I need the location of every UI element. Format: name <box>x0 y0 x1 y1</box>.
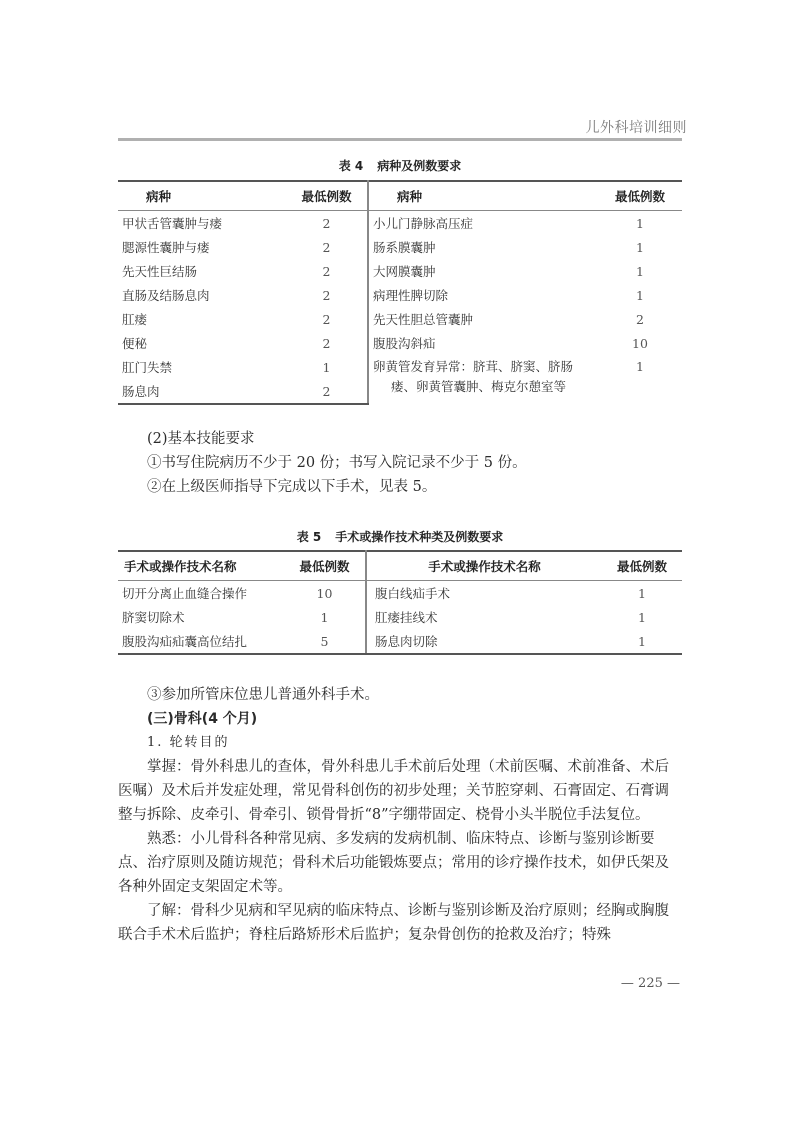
cell-count: 2 <box>286 259 368 283</box>
cell-count: 10 <box>284 581 366 606</box>
table5-caption-number: 表 5 <box>297 530 322 544</box>
cell-disease: 肛门失禁 <box>118 355 286 379</box>
cell-count: 1 <box>598 259 682 283</box>
table-row: 切开分离止血缝合操作 10 腹白线疝手术 1 <box>118 581 682 606</box>
cell-count: 1 <box>602 605 682 629</box>
cell-count: 2 <box>286 307 368 331</box>
cell-count: 1 <box>598 235 682 259</box>
cell-count: 1 <box>602 581 682 606</box>
table-row: 先天性巨结肠 2 大网膜囊肿 1 <box>118 259 682 283</box>
cell-disease: 便秘 <box>118 331 286 355</box>
cell-disease: 甲状舌管囊肿与瘘 <box>118 211 286 236</box>
paragraph-familiar: 熟悉：小儿骨科各种常见病、多发病的发病机制、临床特点、诊断与鉴别诊断要点、治疗原… <box>118 827 682 899</box>
page-number: — 225 — <box>621 976 680 991</box>
cell-disease: 腹股沟斜疝 <box>368 331 598 355</box>
cell-count: 2 <box>286 283 368 307</box>
table-row: 脐窦切除术 1 肛瘘挂线术 1 <box>118 605 682 629</box>
table-row: 直肠及结肠息肉 2 病理性脾切除 1 <box>118 283 682 307</box>
paragraph-understand: 了解：骨科少见病和罕见病的临床特点、诊断与鉴别诊断及治疗原则；经胸或胸腹联合手术… <box>118 899 682 947</box>
cell-disease: 先天性胆总管囊肿 <box>368 307 598 331</box>
cell-procedure: 腹白线疝手术 <box>366 581 602 606</box>
cell-count: 1 <box>598 211 682 236</box>
running-head: 儿外科培训细则 <box>586 117 688 137</box>
table-row: 肛门失禁 1 卵黄管发育异常：脐茸、脐窦、脐肠 瘘、卵黄管囊肿、梅克尔憩室等 1 <box>118 355 682 379</box>
table-row: 甲状舌管囊肿与瘘 2 小儿门静脉高压症 1 <box>118 211 682 236</box>
cell-disease-line1: 卵黄管发育异常：脐茸、脐窦、脐肠 <box>373 357 598 377</box>
table4-header-disease-left: 病种 <box>118 181 286 211</box>
table4-header-count-right: 最低例数 <box>598 181 682 211</box>
cell-count: 1 <box>602 629 682 654</box>
table4-caption-number: 表 4 <box>339 159 364 173</box>
cell-count: 5 <box>284 629 366 654</box>
table-row: 便秘 2 腹股沟斜疝 10 <box>118 331 682 355</box>
cell-disease: 肠系膜囊肿 <box>368 235 598 259</box>
cell-disease: 先天性巨结肠 <box>118 259 286 283</box>
cell-count: 1 <box>598 283 682 307</box>
table-row: 肛瘘 2 先天性胆总管囊肿 2 <box>118 307 682 331</box>
cell-procedure: 脐窦切除术 <box>118 605 284 629</box>
cell-count: 2 <box>598 307 682 331</box>
cell-count: 1 <box>284 605 366 629</box>
cell-count: 2 <box>286 211 368 236</box>
skills-section: (2)基本技能要求 ①书写住院病历不少于 20 份；书写入院记录不少于 5 份。… <box>118 427 682 499</box>
header-rule <box>118 138 682 141</box>
cell-disease: 腮源性囊肿与瘘 <box>118 235 286 259</box>
item-3: ③参加所管床位患儿普通外科手术。 <box>118 683 682 707</box>
skills-item-2: ②在上级医师指导下完成以下手术，见表 5。 <box>118 475 682 499</box>
section-heading: (三)骨科(4 个月) <box>118 707 682 731</box>
cell-count: 1 <box>286 355 368 379</box>
cell-count: 1 <box>598 355 682 404</box>
cell-disease-line2: 瘘、卵黄管囊肿、梅克尔憩室等 <box>373 377 566 397</box>
table5-header-name-left: 手术或操作技术名称 <box>118 551 284 581</box>
table-row: 腹股沟疝疝囊高位结扎 5 肠息肉切除 1 <box>118 629 682 654</box>
table5-header-name-right: 手术或操作技术名称 <box>366 551 602 581</box>
cell-disease: 肛瘘 <box>118 307 286 331</box>
cell-disease: 直肠及结肠息肉 <box>118 283 286 307</box>
cell-disease: 病理性脾切除 <box>368 283 598 307</box>
cell-count: 2 <box>286 235 368 259</box>
body-section: ③参加所管床位患儿普通外科手术。 (三)骨科(4 个月) 1. 轮转目的 掌握：… <box>118 683 682 947</box>
cell-procedure: 切开分离止血缝合操作 <box>118 581 284 606</box>
table4-caption-title: 病种及例数要求 <box>377 159 461 173</box>
cell-count: 2 <box>286 331 368 355</box>
sub-heading: 1. 轮转目的 <box>118 731 682 755</box>
cell-disease-multiline: 卵黄管发育异常：脐茸、脐窦、脐肠 瘘、卵黄管囊肿、梅克尔憩室等 <box>368 355 598 404</box>
cell-procedure: 肛瘘挂线术 <box>366 605 602 629</box>
table5-header-count-left: 最低例数 <box>284 551 366 581</box>
skills-item-1: ①书写住院病历不少于 20 份；书写入院记录不少于 5 份。 <box>118 451 682 475</box>
table4-caption: 表 4病种及例数要求 <box>118 157 682 174</box>
table4-header-row: 病种 最低例数 病种 最低例数 <box>118 181 682 211</box>
cell-disease: 小儿门静脉高压症 <box>368 211 598 236</box>
table4: 病种 最低例数 病种 最低例数 甲状舌管囊肿与瘘 2 小儿门静脉高压症 1 腮源… <box>118 180 682 405</box>
table4-header-count-left: 最低例数 <box>286 181 368 211</box>
cell-count: 2 <box>286 379 368 404</box>
table5-caption: 表 5手术或操作技术种类及例数要求 <box>118 528 682 545</box>
skills-heading: (2)基本技能要求 <box>118 427 682 451</box>
table5: 手术或操作技术名称 最低例数 手术或操作技术名称 最低例数 切开分离止血缝合操作… <box>118 550 682 655</box>
table4-header-disease-right: 病种 <box>368 181 598 211</box>
table-row: 腮源性囊肿与瘘 2 肠系膜囊肿 1 <box>118 235 682 259</box>
table5-header-count-right: 最低例数 <box>602 551 682 581</box>
cell-disease: 大网膜囊肿 <box>368 259 598 283</box>
table5-header-row: 手术或操作技术名称 最低例数 手术或操作技术名称 最低例数 <box>118 551 682 581</box>
cell-procedure: 腹股沟疝疝囊高位结扎 <box>118 629 284 654</box>
table5-caption-title: 手术或操作技术种类及例数要求 <box>335 530 503 544</box>
paragraph-master: 掌握：骨外科患儿的查体，骨外科患儿手术前后处理（术前医嘱、术前准备、术后医嘱）及… <box>118 755 682 827</box>
cell-count: 10 <box>598 331 682 355</box>
cell-disease: 肠息肉 <box>118 379 286 404</box>
cell-procedure: 肠息肉切除 <box>366 629 602 654</box>
